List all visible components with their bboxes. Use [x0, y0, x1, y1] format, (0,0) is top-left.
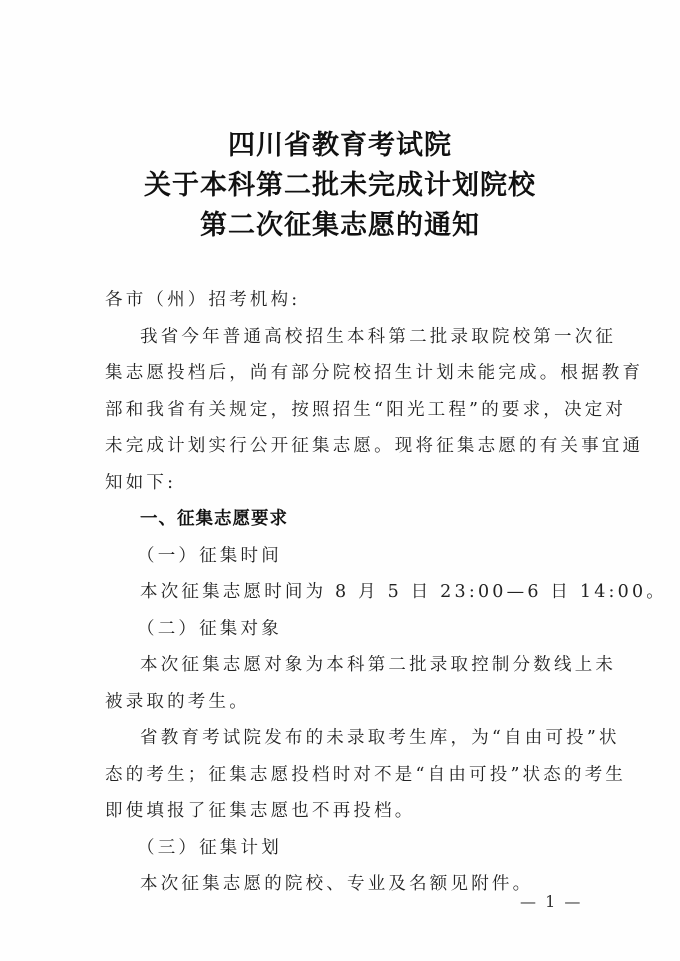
subsection-heading-time: （一）征集时间 — [105, 538, 580, 575]
intro-paragraph: 我省今年普通高校招生本科第二批录取院校第一次征 集志愿投档后，尚有部分院校招生计… — [105, 319, 580, 502]
paragraph-line: 本次征集志愿对象为本科第二批录取控制分数线上未 — [105, 647, 580, 684]
paragraph-line: 部和我省有关规定，按照招生“阳光工程”的要求，决定对 — [105, 392, 580, 429]
title-line-subject: 关于本科第二批未完成计划院校 — [0, 166, 680, 206]
paragraph-line: 态的考生；征集志愿投档时对不是“自由可投”状态的考生 — [105, 757, 580, 794]
document-title: 四川省教育考试院 关于本科第二批未完成计划院校 第二次征集志愿的通知 — [0, 126, 680, 246]
paragraph-line: 我省今年普通高校招生本科第二批录取院校第一次征 — [105, 319, 580, 356]
page-number: — 1 — — [520, 892, 582, 911]
paragraph-line: 被录取的考生。 — [105, 684, 580, 721]
paragraph-line: 未完成计划实行公开征集志愿。现将征集志愿的有关事宜通 — [105, 428, 580, 465]
paragraph-line: 知如下: — [105, 465, 580, 502]
title-line-issuer: 四川省教育考试院 — [0, 126, 680, 166]
subsection-heading-target: （二）征集对象 — [105, 611, 580, 648]
title-line-notice: 第二次征集志愿的通知 — [0, 206, 680, 246]
subsection-heading-plan: （三）征集计划 — [105, 830, 580, 867]
paragraph-line: 集志愿投档后，尚有部分院校招生计划未能完成。根据教育 — [105, 355, 580, 392]
paragraph-line: 本次征集志愿时间为 8 月 5 日 23:00—6 日 14:00。 — [105, 574, 580, 611]
target-paragraph-2: 省教育考试院发布的未录取考生库，为“自由可投”状 态的考生；征集志愿投档时对不是… — [105, 720, 580, 830]
target-paragraph-1: 本次征集志愿对象为本科第二批录取控制分数线上未 被录取的考生。 — [105, 647, 580, 720]
paragraph-line: 本次征集志愿的院校、专业及名额见附件。 — [105, 866, 580, 903]
salutation: 各市（州）招考机构: — [105, 282, 580, 319]
paragraph-line: 省教育考试院发布的未录取考生库，为“自由可投”状 — [105, 720, 580, 757]
paragraph-line: 即使填报了征集志愿也不再投档。 — [105, 793, 580, 830]
section-heading-requirements: 一、征集志愿要求 — [105, 501, 580, 538]
document-page: 四川省教育考试院 关于本科第二批未完成计划院校 第二次征集志愿的通知 各市（州）… — [0, 0, 680, 961]
document-body: 各市（州）招考机构: 我省今年普通高校招生本科第二批录取院校第一次征 集志愿投档… — [105, 282, 580, 903]
